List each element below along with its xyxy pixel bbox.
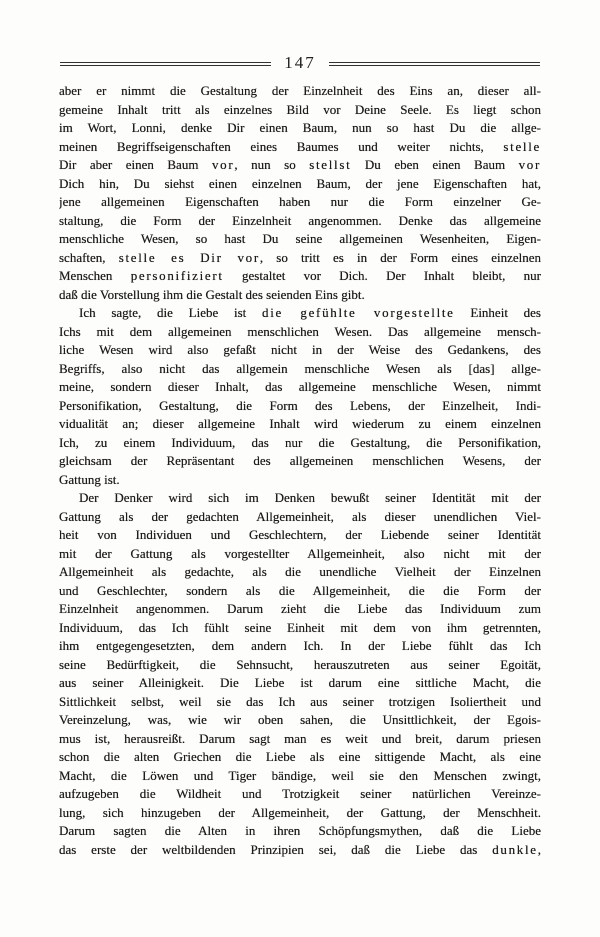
text-line: gemeine Inhalt tritt als einzelnes Bild … xyxy=(59,101,541,120)
text-line: vidualität an; dieser allgemeine Inhalt … xyxy=(59,415,541,434)
text-line: Ich sagte, die Liebe ist die gefühlte vo… xyxy=(59,304,541,323)
text-segment: heit von Individuen und Geschlechtern, d… xyxy=(59,527,541,542)
text-segment: Darum sagten die Alten in ihren Schöpfun… xyxy=(59,823,541,838)
text-segment: vidualität an; dieser allgemeine Inhalt … xyxy=(59,416,541,431)
text-line: aber er nimmt die Gestaltung der Einzeln… xyxy=(59,82,541,101)
page-text: aber er nimmt die Gestaltung der Einzeln… xyxy=(59,82,541,859)
text-segment: Gattung ist. xyxy=(59,472,120,487)
text-segment: , so tritt es in der Form eines einzelne… xyxy=(260,250,541,265)
text-line: aufzugeben die Wildheit und Trotzigkeit … xyxy=(59,785,541,804)
text-line: Begriffs, also nicht das allgemein mensc… xyxy=(59,360,541,379)
text-segment: Ichs mit dem allgemeinen menschlichen We… xyxy=(59,324,541,339)
text-line: Dir aber einen Baum vor, nun so stellst … xyxy=(59,156,541,175)
text-line: und Geschlechter, sondern als die Allgem… xyxy=(59,582,541,601)
text-line: aus seiner Alleinigkeit. Die Liebe ist d… xyxy=(59,674,541,693)
text-line: Vereinzelung, was, wie wir oben sahen, d… xyxy=(59,711,541,730)
text-segment: Vereinzelung, was, wie wir oben sahen, d… xyxy=(59,712,541,727)
page-number: 147 xyxy=(284,53,316,73)
text-line: im Wort, Lonni, denke Dir einen Baum, nu… xyxy=(59,119,541,138)
text-line: Allgemeinheit als gedachte, als die unen… xyxy=(59,563,541,582)
text-segment: Ich, zu einem Individuum, das nur die Ge… xyxy=(59,435,541,450)
letterspaced-text: stelle es Dir vor xyxy=(119,250,260,265)
text-segment: gemeine Inhalt tritt als einzelnes Bild … xyxy=(59,102,541,117)
text-line: Ich, zu einem Individuum, das nur die Ge… xyxy=(59,434,541,453)
text-segment: meinen Begriffseigenschaften eines Baume… xyxy=(59,139,503,154)
text-line: Gattung ist. xyxy=(59,471,541,490)
text-segment: schon die alten Griechen die Liebe als e… xyxy=(59,749,541,764)
text-line: meine, sondern dieser Inhalt, das allgem… xyxy=(59,378,541,397)
text-segment: Du eben einen Baum xyxy=(351,157,518,172)
text-segment: Menschen xyxy=(59,268,131,283)
running-head: 147 xyxy=(60,52,540,76)
text-line: Menschen personifiziert gestaltet vor Di… xyxy=(59,267,541,286)
text-line: ihm entgegengesetzten, dem andern Ich. I… xyxy=(59,637,541,656)
text-line: seine Bedürftigkeit, die Sehnsucht, hera… xyxy=(59,656,541,675)
text-segment: , xyxy=(538,842,541,857)
text-line: Ichs mit dem allgemeinen menschlichen We… xyxy=(59,323,541,342)
text-segment: schaften, xyxy=(59,250,119,265)
letterspaced-text: stellst xyxy=(309,157,351,172)
text-segment: Dich hin, Du siehst einen einzelnen Baum… xyxy=(59,176,541,191)
text-line: Dich hin, Du siehst einen einzelnen Baum… xyxy=(59,175,541,194)
text-segment: , nun so xyxy=(234,157,309,172)
text-line: Macht, die Löwen und Tiger bändige, weil… xyxy=(59,767,541,786)
text-segment: ihm entgegengesetzten, dem andern Ich. I… xyxy=(59,638,541,653)
text-line: schon die alten Griechen die Liebe als e… xyxy=(59,748,541,767)
text-line: Einzelnheit angenommen. Darum zieht die … xyxy=(59,600,541,619)
letterspaced-text: die gefühlte vorgestellte xyxy=(262,305,455,320)
text-line: mit der Gattung als vorgestellter Allgem… xyxy=(59,545,541,564)
text-segment: Allgemeinheit als gedachte, als die unen… xyxy=(59,564,541,579)
text-segment: aus seiner Alleinigkeit. Die Liebe ist d… xyxy=(59,675,541,690)
text-line: heit von Individuen und Geschlechtern, d… xyxy=(59,526,541,545)
letterspaced-text: dunkle xyxy=(492,842,538,857)
text-segment: Einheit des xyxy=(455,305,541,320)
text-segment: Gattung als der gedachten Allgemeinheit,… xyxy=(59,509,541,524)
header-rule-left xyxy=(60,62,271,66)
letterspaced-text: personifiziert xyxy=(131,268,224,283)
text-segment: mit der Gattung als vorgestellter Allgem… xyxy=(59,546,541,561)
text-line: Sittlichkeit selbst, weil sie das Ich au… xyxy=(59,693,541,712)
text-segment: daß die Vorstellung ihm die Gestalt des … xyxy=(59,287,365,302)
text-segment: und Geschlechter, sondern als die Allgem… xyxy=(59,583,541,598)
text-segment: staltung, die Form der Einzelnheit angen… xyxy=(59,213,541,228)
text-line: Personifikation, Gestaltung, die Form de… xyxy=(59,397,541,416)
text-segment: menschliche Wesen, so hast Du seine allg… xyxy=(59,231,541,246)
text-segment: gestaltet vor Dich. Der Inhalt bleibt, n… xyxy=(224,268,541,283)
text-segment: das erste der weltbildenden Prinzipien s… xyxy=(59,842,492,857)
text-segment: Dir aber einen Baum xyxy=(59,157,212,172)
text-segment: im Wort, Lonni, denke Dir einen Baum, nu… xyxy=(59,120,541,135)
text-segment: Der Denker wird sich im Denken bewußt se… xyxy=(79,490,541,505)
text-segment: Individuum, das Ich fühlt seine Einheit … xyxy=(59,620,541,635)
text-segment: liche Wesen wird also gefaßt nicht in de… xyxy=(59,342,541,357)
text-line: das erste der weltbildenden Prinzipien s… xyxy=(59,841,541,860)
text-segment: Macht, die Löwen und Tiger bändige, weil… xyxy=(59,768,541,783)
letterspaced-text: stelle xyxy=(503,139,541,154)
text-line: staltung, die Form der Einzelnheit angen… xyxy=(59,212,541,231)
text-line: mus ist, herausreißt. Darum sagt man es … xyxy=(59,730,541,749)
text-segment: seine Bedürftigkeit, die Sehnsucht, hera… xyxy=(59,657,541,672)
letterspaced-text: vor xyxy=(212,157,234,172)
text-segment: aber er nimmt die Gestaltung der Einzeln… xyxy=(59,83,541,98)
text-line: lung, sich hinzugeben der Allgemeinheit,… xyxy=(59,804,541,823)
text-segment: jene allgemeinen Eigenschaften haben nur… xyxy=(59,194,541,209)
text-line: Der Denker wird sich im Denken bewußt se… xyxy=(59,489,541,508)
text-line: Individuum, das Ich fühlt seine Einheit … xyxy=(59,619,541,638)
text-line: liche Wesen wird also gefaßt nicht in de… xyxy=(59,341,541,360)
text-segment: Sittlichkeit selbst, weil sie das Ich au… xyxy=(59,694,541,709)
text-segment: aufzugeben die Wildheit und Trotzigkeit … xyxy=(59,786,541,801)
text-line: Gattung als der gedachten Allgemeinheit,… xyxy=(59,508,541,527)
letterspaced-text: vor xyxy=(519,157,541,172)
text-line: menschliche Wesen, so hast Du seine allg… xyxy=(59,230,541,249)
text-segment: Begriffs, also nicht das allgemein mensc… xyxy=(59,361,541,376)
text-segment: mus ist, herausreißt. Darum sagt man es … xyxy=(59,731,541,746)
text-segment: meine, sondern dieser Inhalt, das allgem… xyxy=(59,379,541,394)
book-page: 147 aber er nimmt die Gestaltung der Ein… xyxy=(0,0,600,937)
text-line: Darum sagten die Alten in ihren Schöpfun… xyxy=(59,822,541,841)
header-rule-right xyxy=(329,62,540,66)
text-line: daß die Vorstellung ihm die Gestalt des … xyxy=(59,286,541,305)
text-line: jene allgemeinen Eigenschaften haben nur… xyxy=(59,193,541,212)
text-segment: gleichsam der Repräsentant des allgemein… xyxy=(59,453,541,468)
text-segment: Einzelnheit angenommen. Darum zieht die … xyxy=(59,601,541,616)
text-line: schaften, stelle es Dir vor, so tritt es… xyxy=(59,249,541,268)
text-segment: Personifikation, Gestaltung, die Form de… xyxy=(59,398,541,413)
text-segment: lung, sich hinzugeben der Allgemeinheit,… xyxy=(59,805,541,820)
text-segment: Ich sagte, die Liebe ist xyxy=(79,305,262,320)
text-line: meinen Begriffseigenschaften eines Baume… xyxy=(59,138,541,157)
text-line: gleichsam der Repräsentant des allgemein… xyxy=(59,452,541,471)
